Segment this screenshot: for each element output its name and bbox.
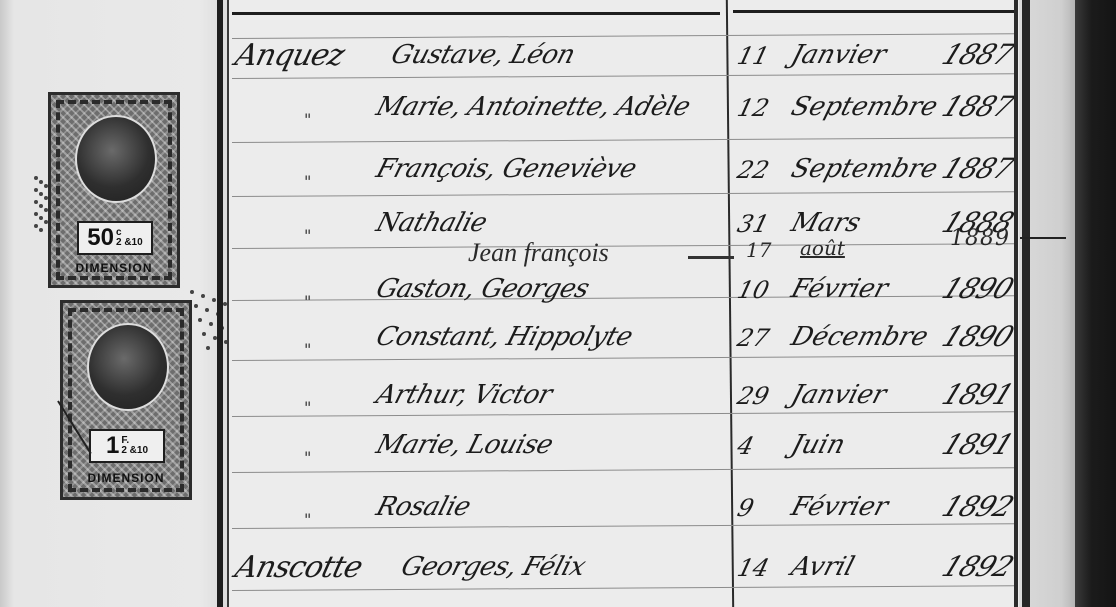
birth-year: 1892 (937, 550, 1018, 583)
register-entry-row: "Arthur, Victor29Janvier1891 (232, 376, 1015, 416)
register-entry-row: "Nathalie31Mars1888 (232, 204, 1015, 244)
birth-year: 1891 (937, 428, 1018, 461)
perforation-dot (205, 308, 209, 312)
annotation-year: 1889 (950, 226, 1010, 251)
birth-month: Décembre (788, 322, 932, 352)
right-margin-rule-thick (1022, 0, 1030, 607)
birth-day: 10 (735, 276, 773, 304)
birth-year: 1887 (937, 152, 1018, 185)
perforation-dot (206, 346, 210, 350)
register-entry-row: "Rosalie9Février1892 (232, 488, 1015, 528)
ditto-mark: " (304, 226, 311, 245)
page-edge (1030, 0, 1075, 607)
register-entry-row: "François, Geneviève22Septembre1887 (232, 150, 1015, 190)
birth-day: 31 (735, 210, 773, 238)
marianne-portrait-icon (75, 115, 157, 203)
birth-month: Février (788, 492, 892, 522)
tax-stamp-1f: 1 F. 2 &10 DIMENSION (60, 300, 192, 500)
stamp-value-sub: F. 2 &10 (121, 436, 148, 456)
stamp-label: DIMENSION (51, 261, 177, 275)
register-entry-row: "Gaston, Georges10Février1890 (232, 270, 1015, 310)
ditto-mark: " (304, 510, 311, 529)
perforation-dot (34, 212, 38, 216)
perforation-dot (212, 298, 216, 302)
given-names: Constant, Hippolyte (373, 322, 636, 352)
ditto-mark: " (304, 172, 311, 191)
ditto-mark: " (304, 398, 311, 417)
perforation-dot (34, 188, 38, 192)
stamp-value-box: 50 c 2 &10 (77, 221, 153, 255)
perforation-dot (201, 294, 205, 298)
birth-year: 1890 (937, 320, 1018, 353)
perforation-dot (34, 200, 38, 204)
stamp-value: 1 (106, 432, 119, 460)
perforation-dot (44, 208, 48, 212)
stamp-value-sub: c 2 &10 (116, 228, 143, 248)
birth-month: Janvier (788, 40, 890, 70)
birth-year: 1887 (937, 90, 1018, 123)
perforation-dot (39, 216, 43, 220)
birth-year: 1891 (937, 378, 1018, 411)
perforation-dot (34, 224, 38, 228)
perforation-dot (39, 192, 43, 196)
stamp-label: DIMENSION (63, 471, 189, 485)
register-entry-row: "Constant, Hippolyte27Décembre1890 (232, 318, 1015, 358)
birth-month: Septembre (788, 154, 941, 184)
perforation-dot (194, 304, 198, 308)
given-names: Gaston, Georges (373, 274, 593, 304)
tax-stamp-50c: 50 c 2 &10 DIMENSION (48, 92, 180, 288)
given-names: Nathalie (373, 208, 491, 238)
given-names: Marie, Louise (373, 430, 557, 460)
register-entry-row: "Marie, Antoinette, Adèle12Septembre1887 (232, 88, 1015, 128)
ditto-mark: " (304, 292, 311, 311)
birth-day: 11 (735, 42, 773, 70)
ditto-mark: " (304, 340, 311, 359)
birth-year: 1892 (937, 490, 1018, 523)
marianne-portrait-icon (87, 323, 169, 411)
birth-month: Juin (788, 430, 849, 460)
perforation-dot (39, 228, 43, 232)
ditto-mark: " (304, 110, 311, 129)
birth-year: 1890 (937, 272, 1018, 305)
perforation-dot (202, 332, 206, 336)
perforation-dot (34, 176, 38, 180)
scan-dark-border (1075, 0, 1116, 607)
header-rule (232, 12, 720, 15)
birth-day: 27 (735, 324, 773, 352)
stamp-sub: 2 &10 (116, 237, 143, 248)
given-names: Rosalie (373, 492, 474, 522)
given-names: François, Geneviève (373, 154, 640, 184)
birth-month: Septembre (788, 92, 941, 122)
right-margin-rule (1014, 0, 1018, 607)
register-entry-row: AnscotteGeorges, Félix14Avril1892 (232, 548, 1015, 588)
annotation-month: août (800, 236, 845, 260)
birth-day: 29 (735, 382, 773, 410)
annotation-dash (688, 256, 734, 259)
given-names: Georges, Félix (398, 552, 589, 582)
stamp-value: 50 (87, 224, 114, 252)
annotation-day: 17 (746, 238, 771, 262)
perforation-dot (209, 322, 213, 326)
given-names: Marie, Antoinette, Adèle (373, 92, 694, 122)
header-rule (733, 10, 1015, 13)
perforation-dot (44, 196, 48, 200)
perforation-dot (190, 290, 194, 294)
surname: Anscotte (232, 550, 366, 585)
birth-month: Février (788, 274, 892, 304)
stamp-sub: 2 &10 (121, 445, 148, 456)
birth-day: 4 (735, 432, 757, 460)
birth-day: 9 (735, 494, 757, 522)
register-entry-row: AnquezGustave, Léon11Janvier1887 (232, 36, 1015, 76)
birth-month: Mars (788, 208, 865, 238)
register-entry-row: "Marie, Louise4Juin1891 (232, 426, 1015, 466)
perforation-dot (39, 204, 43, 208)
surname: Anquez (232, 38, 348, 73)
birth-day: 22 (735, 156, 773, 184)
perforation-dot (44, 220, 48, 224)
given-names: Arthur, Victor (373, 380, 556, 410)
birth-day: 12 (735, 94, 773, 122)
annotation-given-names: Jean françois (468, 238, 609, 268)
binding-rule (217, 0, 223, 607)
page-edge-mark (1020, 237, 1066, 239)
birth-year: 1887 (937, 38, 1018, 71)
perforation-dot (44, 184, 48, 188)
birth-month: Avril (788, 552, 858, 582)
birth-month: Janvier (788, 380, 890, 410)
ditto-mark: " (304, 448, 311, 467)
perforation-dot (39, 180, 43, 184)
given-names: Gustave, Léon (388, 40, 579, 70)
stamp-value-box: 1 F. 2 &10 (89, 429, 165, 463)
birth-day: 14 (735, 554, 773, 582)
perforation-dot (198, 318, 202, 322)
